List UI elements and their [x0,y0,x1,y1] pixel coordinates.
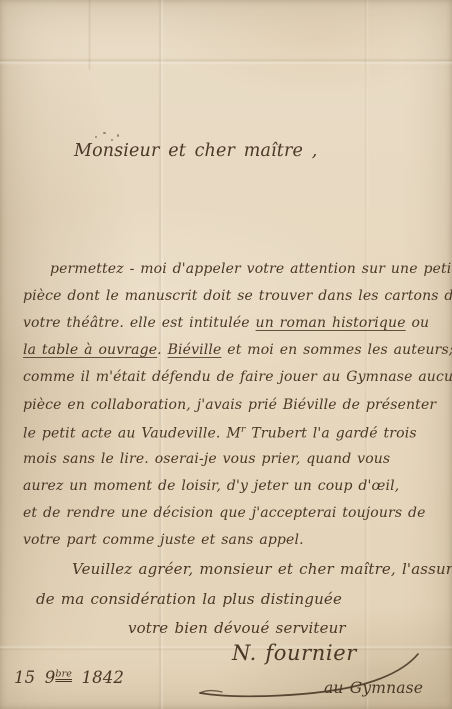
body-line-3-post: ou [406,315,430,331]
body-line-8: mois sans le lire. oserai-je vous prier,… [23,451,390,467]
valediction: votre bien dévoué serviteur [128,619,346,637]
body-line-1-text: permettez - moi d'appeler votre attentio… [50,261,452,277]
body-line-10-text: et de rendre une décision que j'accepter… [23,505,426,521]
body-line-7-pre: le petit acte au Vaudeville. M [23,426,241,442]
body-line-1: permettez - moi d'appeler votre attentio… [50,261,452,277]
closing-line-2: de ma considération la plus distinguée [36,590,342,608]
body-line-8-text: mois sans le lire. oserai-je vous prier,… [23,451,390,467]
body-line-2: pièce dont le manuscrit doit se trouver … [23,288,452,304]
body-line-6: pièce en collaboration, j'avais prié Bié… [23,397,436,413]
body-line-7: le petit acte au Vaudeville. Mr Trubert … [23,424,417,442]
date-year: 1842 [81,668,124,687]
underlined-name-bieville: Biéville [168,342,222,358]
date-month: 9 [45,668,56,687]
body-line-3: votre théâtre. elle est intitulée un rom… [23,315,429,331]
date-month-suffix: bre [55,669,72,680]
body-line-3-pre: votre théâtre. elle est intitulée [23,315,256,331]
body-line-5: comme il m'était défendu de faire jouer … [23,369,452,385]
body-line-4-post: et moi en sommes les auteurs; [221,342,452,358]
fold-crease-vertical-small [88,0,91,70]
body-line-9-text: aurez un moment de loisir, d'y jeter un … [23,478,399,494]
salutation: Monsieur et cher maître , [74,141,317,161]
body-line-10: et de rendre une décision que j'accepter… [23,505,426,521]
body-line-2-text: pièce dont le manuscrit doit se trouver … [23,288,452,304]
letter-page: Monsieur et cher maître , permettez - mo… [0,0,452,709]
body-line-9: aurez un moment de loisir, d'y jeter un … [23,478,399,494]
date: 15 9bre 1842 [14,668,124,687]
underlined-title-roman-historique: un roman historique [256,315,406,331]
date-day: 15 [14,668,35,687]
body-line-6-text: pièce en collaboration, j'avais prié Bié… [23,397,436,413]
underlined-title-table-a-ouvrage: la table à ouvrage [23,342,157,358]
body-line-11-text: votre part comme juste et sans appel. [23,532,304,548]
body-line-4-mid: . [157,342,167,358]
body-line-7-post: Trubert l'a gardé trois [246,426,417,442]
body-line-11: votre part comme juste et sans appel. [23,532,304,548]
body-line-5-text: comme il m'était défendu de faire jouer … [23,369,452,385]
place-gymnase: au Gymnase [324,679,423,697]
closing-line-1: Veuillez agréer, monsieur et cher maître… [72,560,452,578]
body-line-4: la table à ouvrage. Biéville et moi en s… [23,342,452,358]
fold-crease-horizontal-top [0,58,452,65]
